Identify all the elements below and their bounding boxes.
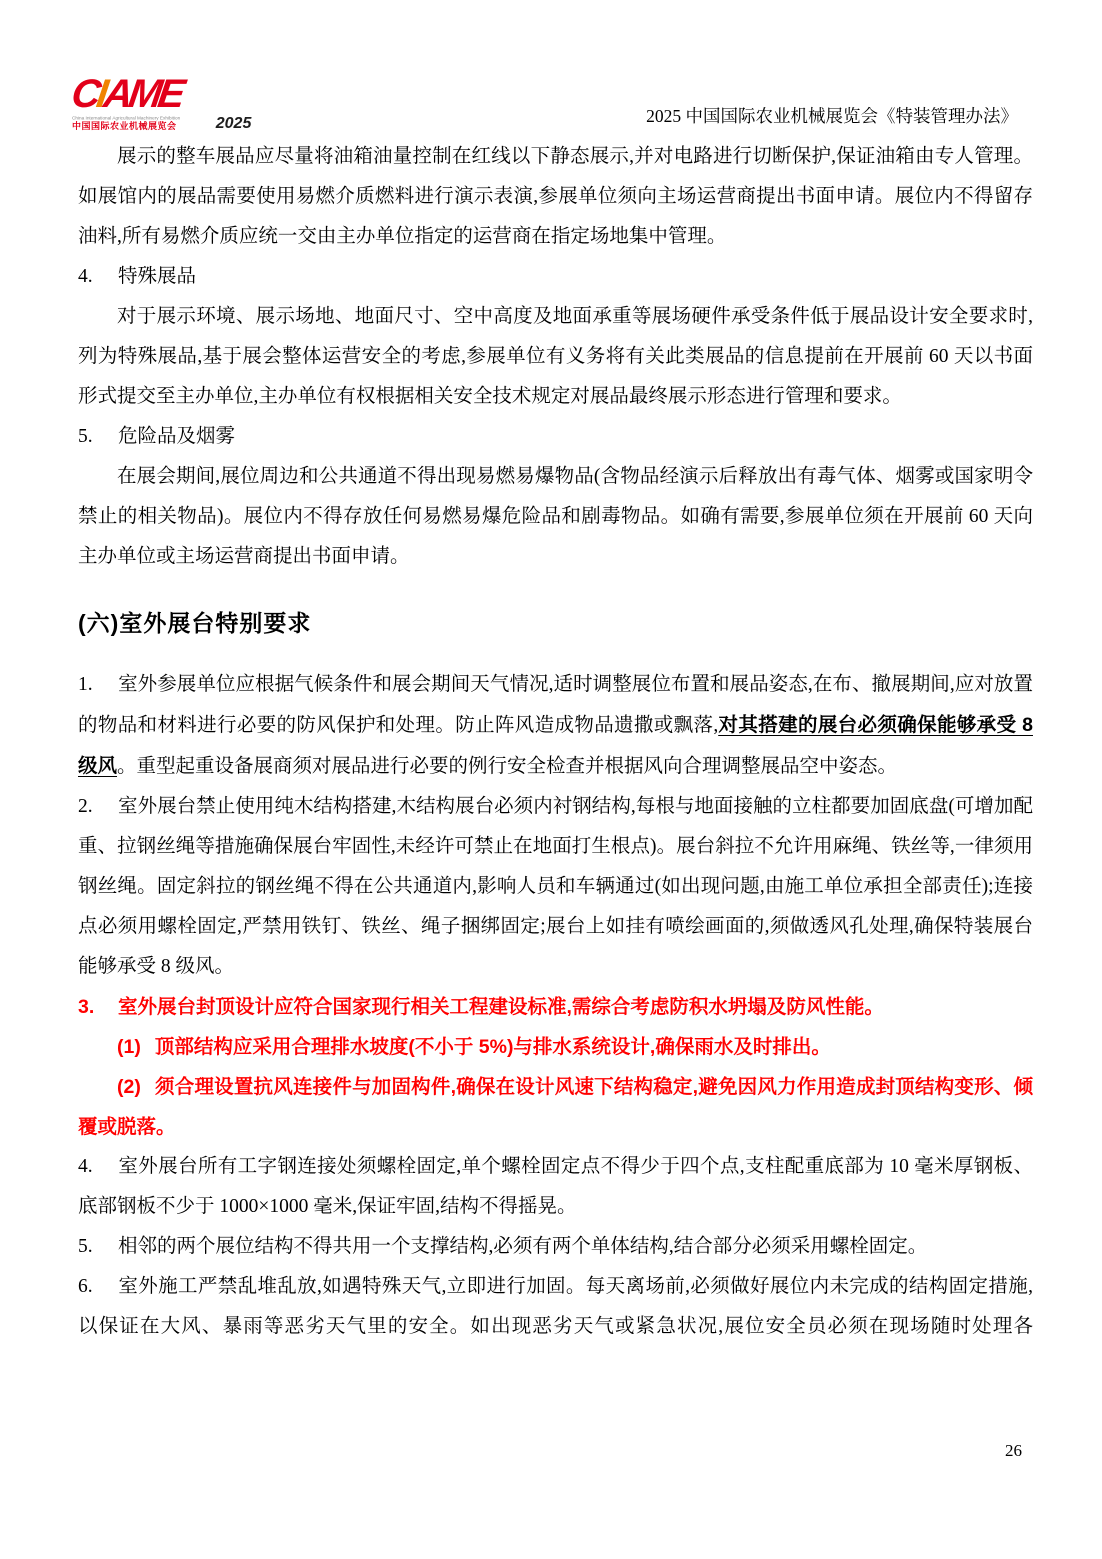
item-number: 3.: [78, 987, 118, 1027]
logo-chinese-caption: 中国国际农业机械展览会: [72, 121, 211, 131]
logo-caption-block: China International Agricultural Machine…: [72, 115, 211, 131]
outdoor-item-3-sub-1-text: 顶部结构应采用合理排水坡度(不小于 5%)与排水系统设计,确保雨水及时排出。: [155, 1036, 831, 1058]
outdoor-item-6: 6.室外施工严禁乱堆乱放,如遇特殊天气,立即进行加固。每天离场前,必须做好展位内…: [78, 1267, 1033, 1347]
para-vehicle-fuel: 展示的整车展品应尽量将油箱油量控制在红线以下静态展示,并对电路进行切断保护,保证…: [78, 137, 1033, 257]
outdoor-item-5: 5.相邻的两个展位结构不得共用一个支撑结构,必须有两个单体结构,结合部分必须采用…: [78, 1227, 1033, 1267]
outdoor-item-6-text: 室外施工严禁乱堆乱放,如遇特殊天气,立即进行加固。每天离场前,必须做好展位内未完…: [78, 1276, 1033, 1337]
outdoor-item-5-text: 相邻的两个展位结构不得共用一个支撑结构,必须有两个单体结构,结合部分必须采用螺栓…: [118, 1236, 927, 1257]
outdoor-item-4: 4.室外展台所有工字钢连接处须螺栓固定,单个螺栓固定点不得少于四个点,支柱配重底…: [78, 1147, 1033, 1227]
item-number: 5.: [78, 417, 118, 457]
outdoor-item-2: 2.室外展台禁止使用纯木结构搭建,木结构展台必须内衬钢结构,每根与地面接触的立柱…: [78, 787, 1033, 987]
content-body: 展示的整车展品应尽量将油箱油量控制在红线以下静态展示,并对电路进行切断保护,保证…: [78, 137, 1033, 1347]
para-special-exhibits: 对于展示环境、展示场地、地面尺寸、空中高度及地面承重等展场硬件承受条件低于展品设…: [78, 297, 1033, 417]
section-outdoor-heading: (六)室外展台特别要求: [78, 605, 1033, 641]
outdoor-item-3-sub-1: (1)顶部结构应采用合理排水坡度(不小于 5%)与排水系统设计,确保雨水及时排出…: [78, 1027, 1033, 1067]
page-number: 26: [1005, 1441, 1022, 1461]
item-title: 特殊展品: [118, 266, 196, 287]
item-number: 6.: [78, 1267, 118, 1307]
outdoor-item-3-text: 室外展台封顶设计应符合国家现行相关工程建设标准,需综合考虑防积水坍塌及防风性能。: [118, 996, 884, 1018]
outdoor-item-1-text-after: 。重型起重设备展商须对展品进行必要的例行安全检查并根据风向合理调整展品空中姿态。: [117, 756, 897, 777]
item-dangerous-goods-heading: 5.危险品及烟雾: [78, 417, 1033, 457]
document-page: CIAME China International Agricultural M…: [0, 0, 1102, 1559]
outdoor-item-4-text: 室外展台所有工字钢连接处须螺栓固定,单个螺栓固定点不得少于四个点,支柱配重底部为…: [78, 1156, 1033, 1217]
outdoor-item-3: 3.室外展台封顶设计应符合国家现行相关工程建设标准,需综合考虑防积水坍塌及防风性…: [78, 987, 1033, 1027]
para-dangerous-goods: 在展会期间,展位周边和公共通道不得出现易燃易爆物品(含物品经演示后释放出有毒气体…: [78, 457, 1033, 577]
logo-english-caption: China International Agricultural Machine…: [72, 116, 180, 121]
sub-item-label: (2): [117, 1076, 141, 1098]
logo-letter-e: E: [155, 72, 184, 116]
item-number: 4.: [78, 1147, 118, 1187]
sub-item-label: (1): [117, 1036, 141, 1058]
item-number: 2.: [78, 787, 118, 827]
item-number: 1.: [78, 665, 118, 705]
item-title: 危险品及烟雾: [118, 426, 235, 447]
item-special-exhibits-heading: 4.特殊展品: [78, 257, 1033, 297]
logo-captions: China International Agricultural Machine…: [72, 115, 222, 131]
outdoor-item-2-text: 室外展台禁止使用纯木结构搭建,木结构展台必须内衬钢结构,每根与地面接触的立柱都要…: [78, 796, 1033, 977]
outdoor-item-3-sub-2-text: 须合理设置抗风连接件与加固构件,确保在设计风速下结构稳定,避免因风力作用造成封顶…: [78, 1076, 1033, 1138]
outdoor-item-1: 1.室外参展单位应根据气候条件和展会期间天气情况,适时调整展位布置和展品姿态,在…: [78, 665, 1033, 787]
ciame-logo: CIAME China International Agricultural M…: [72, 74, 222, 131]
item-number: 5.: [78, 1227, 118, 1267]
item-number: 4.: [78, 257, 118, 297]
logo-wordmark: CIAME: [69, 74, 225, 114]
outdoor-item-3-sub-2: (2)须合理设置抗风连接件与加固构件,确保在设计风速下结构稳定,避免因风力作用造…: [78, 1067, 1033, 1147]
document-title: 2025 中国国际农业机械展览会《特装管理办法》: [646, 104, 1018, 128]
logo-year: 2025: [216, 117, 252, 131]
